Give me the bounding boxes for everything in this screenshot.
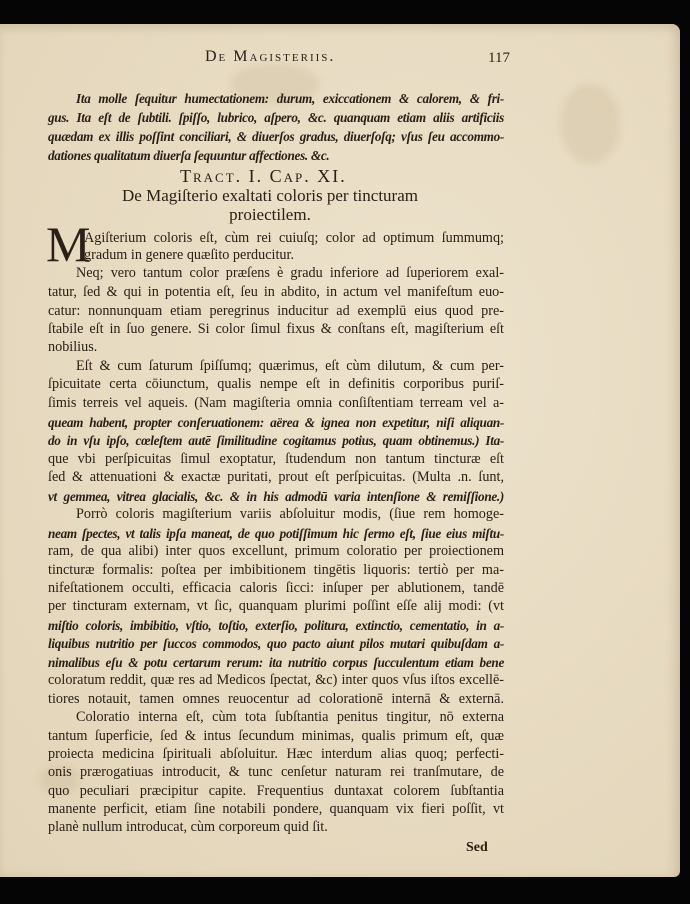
text-line: gus. Ita eſt de ſubtili. ſpiſſo, lubrico… — [48, 108, 504, 127]
chapter-heading: Tract. I. Cap. XI. — [180, 166, 347, 187]
catchword: Sed — [466, 840, 488, 856]
text-line: Neq; vero tantum color præſens è gradu i… — [76, 264, 504, 283]
text-line: ram, de qua alibi) inter quos excellunt,… — [48, 542, 504, 561]
text-line: per tincturam externam, vt ſic, quanquam… — [48, 597, 504, 616]
text-line: onis prærogatiuas introducit, & tunc cen… — [48, 763, 504, 782]
text-line: dationes qualitatum diuerſa ſequuntur af… — [48, 146, 504, 165]
text-line: nifeſtationem occulti, efficacia caloris… — [48, 579, 504, 598]
text-line: do in vſu ipſo, cœleſtem autē ſimilitudi… — [48, 431, 504, 450]
text-line: miſtio coloris, imbibitio, vſtio, toſtio… — [48, 616, 504, 635]
text-line: liquibus nutritio per ſuccos commodos, q… — [48, 634, 504, 653]
text-line: manente perficit, etiam ſine notabili po… — [48, 800, 504, 819]
text-line: Ita molle ſequitur humectationem: durum,… — [76, 89, 504, 108]
paper-stain — [560, 84, 620, 164]
text-line: queam habent, propter conſeruationem: aë… — [48, 413, 504, 432]
text-line: proiecta medicina ſpirituali abſoluitur.… — [48, 745, 504, 764]
text-line: planè nullum introducat, cùm corporeum q… — [48, 818, 504, 837]
page-number: 117 — [488, 50, 510, 67]
text-line: nimalibus eſu & potu certarum rerum: ita… — [48, 653, 504, 672]
text-line: catur: nonnunquam etiam peregrinus induc… — [48, 302, 504, 321]
text-line: nobilius. — [48, 338, 504, 357]
text-line: vt gemmea, vitrea glacialis, &c. & in hi… — [48, 487, 504, 506]
text-line: coloratum reddit, quæ res ad Medicos ſpe… — [48, 671, 504, 690]
running-head: De Magisteriis. — [205, 48, 515, 66]
text-line: Coloratio interna eſt, cùm tota ſubſtant… — [76, 708, 504, 727]
text-line: ſed & attenuationi & exactæ puritati, pr… — [48, 468, 504, 487]
text-line: tatur, ſed & qui in potentia eſt, ſeu in… — [48, 283, 504, 302]
text-line: tantum ſuperficie, ſed & intus ſecundum … — [48, 727, 504, 746]
text-line: tincturæ formalis: poſtea per imbibition… — [48, 561, 504, 580]
text-line: ſpicuitate certa cōiunctum, qualis nempe… — [48, 375, 504, 394]
text-line: Eſt & cum ſaturum ſpiſſumq; quærimus, eſ… — [76, 357, 504, 376]
text-line: ſimis terreis vel aqueis. (Nam magiſteri… — [48, 394, 504, 413]
text-line: gradum in genere quæſito perducitur. — [84, 246, 504, 265]
text-line: quædam ex illis poſſint conciliari, & di… — [48, 127, 504, 146]
text-line: tiores notauit, tamen omnes reuocentur a… — [48, 690, 504, 709]
text-line: neam ſpectes, vt talis ipſa maneat, de q… — [48, 524, 504, 543]
chapter-title: De Magiſterio exaltati coloris per tinct… — [0, 186, 540, 206]
text-line: quo peculiari præcipitur capite. Frequen… — [48, 782, 504, 801]
text-line: ſtabile eſt in ſuo genere. Si color ſimu… — [48, 320, 504, 339]
text-line: Porrò coloris magiſterium variis abſolui… — [76, 505, 504, 524]
text-line: que vbi perſpicuitas ſimul exoptatur, ſt… — [48, 450, 504, 469]
